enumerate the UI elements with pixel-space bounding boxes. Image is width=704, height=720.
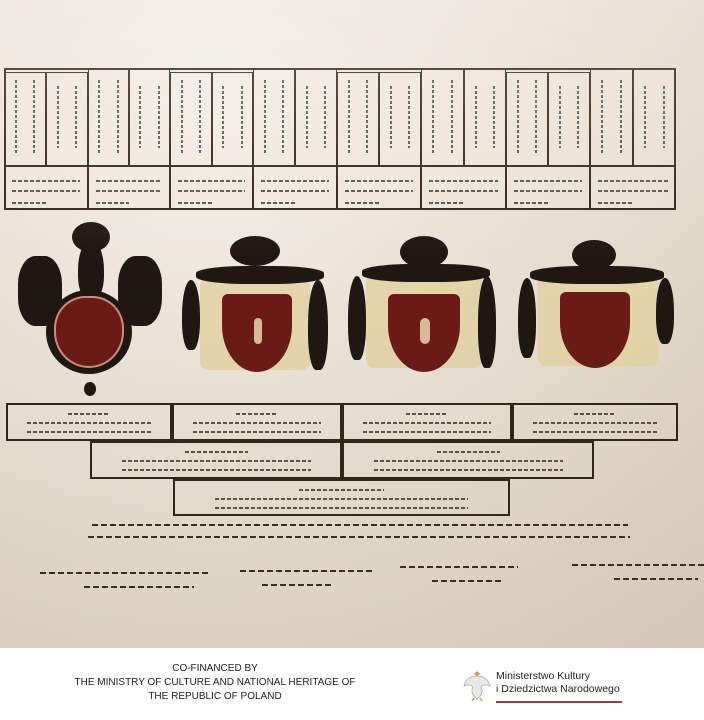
handwritten-text [299, 489, 383, 491]
handwritten-text [57, 86, 59, 148]
pedigree-box [6, 403, 172, 441]
grid-cell [337, 166, 421, 210]
grid-cell [464, 68, 506, 166]
handwritten-text [390, 86, 392, 148]
grid-cell [590, 68, 633, 166]
text-line [92, 524, 628, 526]
handwritten-text [663, 86, 665, 148]
handwritten-text [193, 422, 321, 424]
grid-cell [506, 166, 590, 210]
handwritten-text [222, 86, 224, 148]
manuscript-scan [0, 0, 704, 648]
handwritten-text [15, 80, 17, 154]
handwritten-text [363, 422, 491, 424]
handwritten-text [33, 80, 35, 154]
handwritten-text [374, 469, 563, 471]
handwritten-text [533, 422, 658, 424]
handwritten-text [178, 202, 212, 204]
handwritten-text [306, 86, 308, 148]
handwritten-text [533, 431, 658, 433]
handwritten-text [348, 80, 350, 154]
handwritten-text [264, 80, 266, 154]
handwritten-text [193, 431, 321, 433]
pedigree-box [90, 441, 342, 479]
handwritten-text [12, 180, 80, 182]
handwritten-text [12, 190, 80, 192]
handwritten-text [158, 86, 160, 148]
grid-cell [590, 166, 676, 210]
logo-line-2: i Dziedzictwa Narodowego [496, 683, 620, 696]
grid-cell [421, 68, 464, 166]
handwritten-text [598, 190, 668, 192]
grid-cell [4, 72, 46, 166]
pedigree-box [512, 403, 678, 441]
grid-cell [548, 72, 590, 166]
handwritten-text [408, 86, 410, 148]
handwritten-text [117, 80, 119, 154]
grid-cell [421, 166, 506, 210]
handwritten-text [366, 80, 368, 154]
handwritten-text [493, 86, 495, 148]
handwritten-text [345, 202, 379, 204]
handwritten-text [96, 190, 162, 192]
grid-cell [212, 72, 253, 166]
shield-3 [388, 294, 460, 372]
handwritten-text [96, 202, 129, 204]
handwritten-text [27, 422, 152, 424]
handwritten-text [620, 80, 622, 154]
grid-cell [88, 68, 129, 166]
cofinanced-notice: CO-FINANCED BY THE MINISTRY OF CULTURE A… [60, 662, 370, 704]
logo-underline [496, 701, 622, 703]
handwritten-text [178, 190, 245, 192]
handwritten-text [98, 80, 100, 154]
handwritten-text [261, 180, 329, 182]
handwritten-text [185, 451, 248, 453]
handwritten-text [451, 80, 453, 154]
pedigree-box [172, 403, 342, 441]
handwritten-text [432, 80, 434, 154]
handwritten-text [363, 431, 491, 433]
shield-4 [560, 292, 630, 368]
cofinanced-line-3: THE REPUBLIC OF POLAND [60, 690, 370, 704]
handwritten-text [598, 202, 634, 204]
grid-cell [379, 72, 421, 166]
handwritten-text [577, 86, 579, 148]
grid-cell [253, 166, 337, 210]
grid-cell [170, 166, 253, 210]
handwritten-text [429, 180, 498, 182]
logo-line-1: Ministerstwo Kultury [496, 670, 620, 683]
handwritten-text [559, 86, 561, 148]
handwritten-text [68, 413, 110, 415]
handwritten-text [535, 80, 537, 154]
handwritten-text [236, 413, 279, 415]
handwritten-text [122, 469, 311, 471]
handwritten-text [644, 86, 646, 148]
handwritten-text [261, 190, 329, 192]
handwritten-text [75, 86, 77, 148]
grid-cell [633, 68, 676, 166]
handwritten-text [517, 80, 519, 154]
grid-cell [88, 166, 170, 210]
grid-cell [129, 68, 170, 166]
handwritten-text [178, 180, 245, 182]
pedigree-box [342, 441, 594, 479]
pedigree-box [342, 403, 512, 441]
handwritten-text [514, 180, 582, 182]
handwritten-text [215, 507, 468, 509]
text-line [88, 536, 630, 538]
grid-cell [253, 68, 295, 166]
handwritten-text [514, 190, 582, 192]
cofinanced-line-2: THE MINISTRY OF CULTURE AND NATIONAL HER… [60, 676, 370, 690]
top-genealogy-grid [4, 68, 676, 210]
handwritten-text [12, 202, 46, 204]
handwritten-text [282, 80, 284, 154]
shield-1 [54, 296, 124, 368]
polish-eagle-icon [462, 668, 492, 702]
handwritten-text [514, 202, 548, 204]
handwritten-text [181, 80, 183, 154]
handwritten-text [324, 86, 326, 148]
cofinanced-line-1: CO-FINANCED BY [60, 662, 370, 676]
handwritten-text [374, 460, 563, 462]
handwritten-text [437, 451, 500, 453]
pedigree-box [173, 479, 510, 516]
handwritten-text [261, 202, 295, 204]
handwritten-text [429, 190, 498, 192]
handwritten-text [215, 498, 468, 500]
handwritten-text [241, 86, 243, 148]
grid-cell [170, 72, 212, 166]
grid-cell [506, 72, 548, 166]
grid-cell [46, 72, 88, 166]
handwritten-text [345, 180, 413, 182]
handwritten-text [406, 413, 449, 415]
handwritten-text [598, 180, 668, 182]
grid-cell [4, 166, 88, 210]
handwritten-text [601, 80, 603, 154]
handwritten-text [199, 80, 201, 154]
shield-2 [222, 294, 292, 372]
handwritten-text [122, 460, 311, 462]
handwritten-text [574, 413, 616, 415]
handwritten-text [139, 86, 141, 148]
grid-cell [295, 68, 337, 166]
handwritten-text [429, 202, 464, 204]
handwritten-text [345, 190, 413, 192]
grid-cell [337, 72, 379, 166]
ministry-logo-text: Ministerstwo Kultury i Dziedzictwa Narod… [496, 670, 620, 696]
handwritten-text [475, 86, 477, 148]
handwritten-text [96, 180, 162, 182]
handwritten-text [27, 431, 152, 433]
